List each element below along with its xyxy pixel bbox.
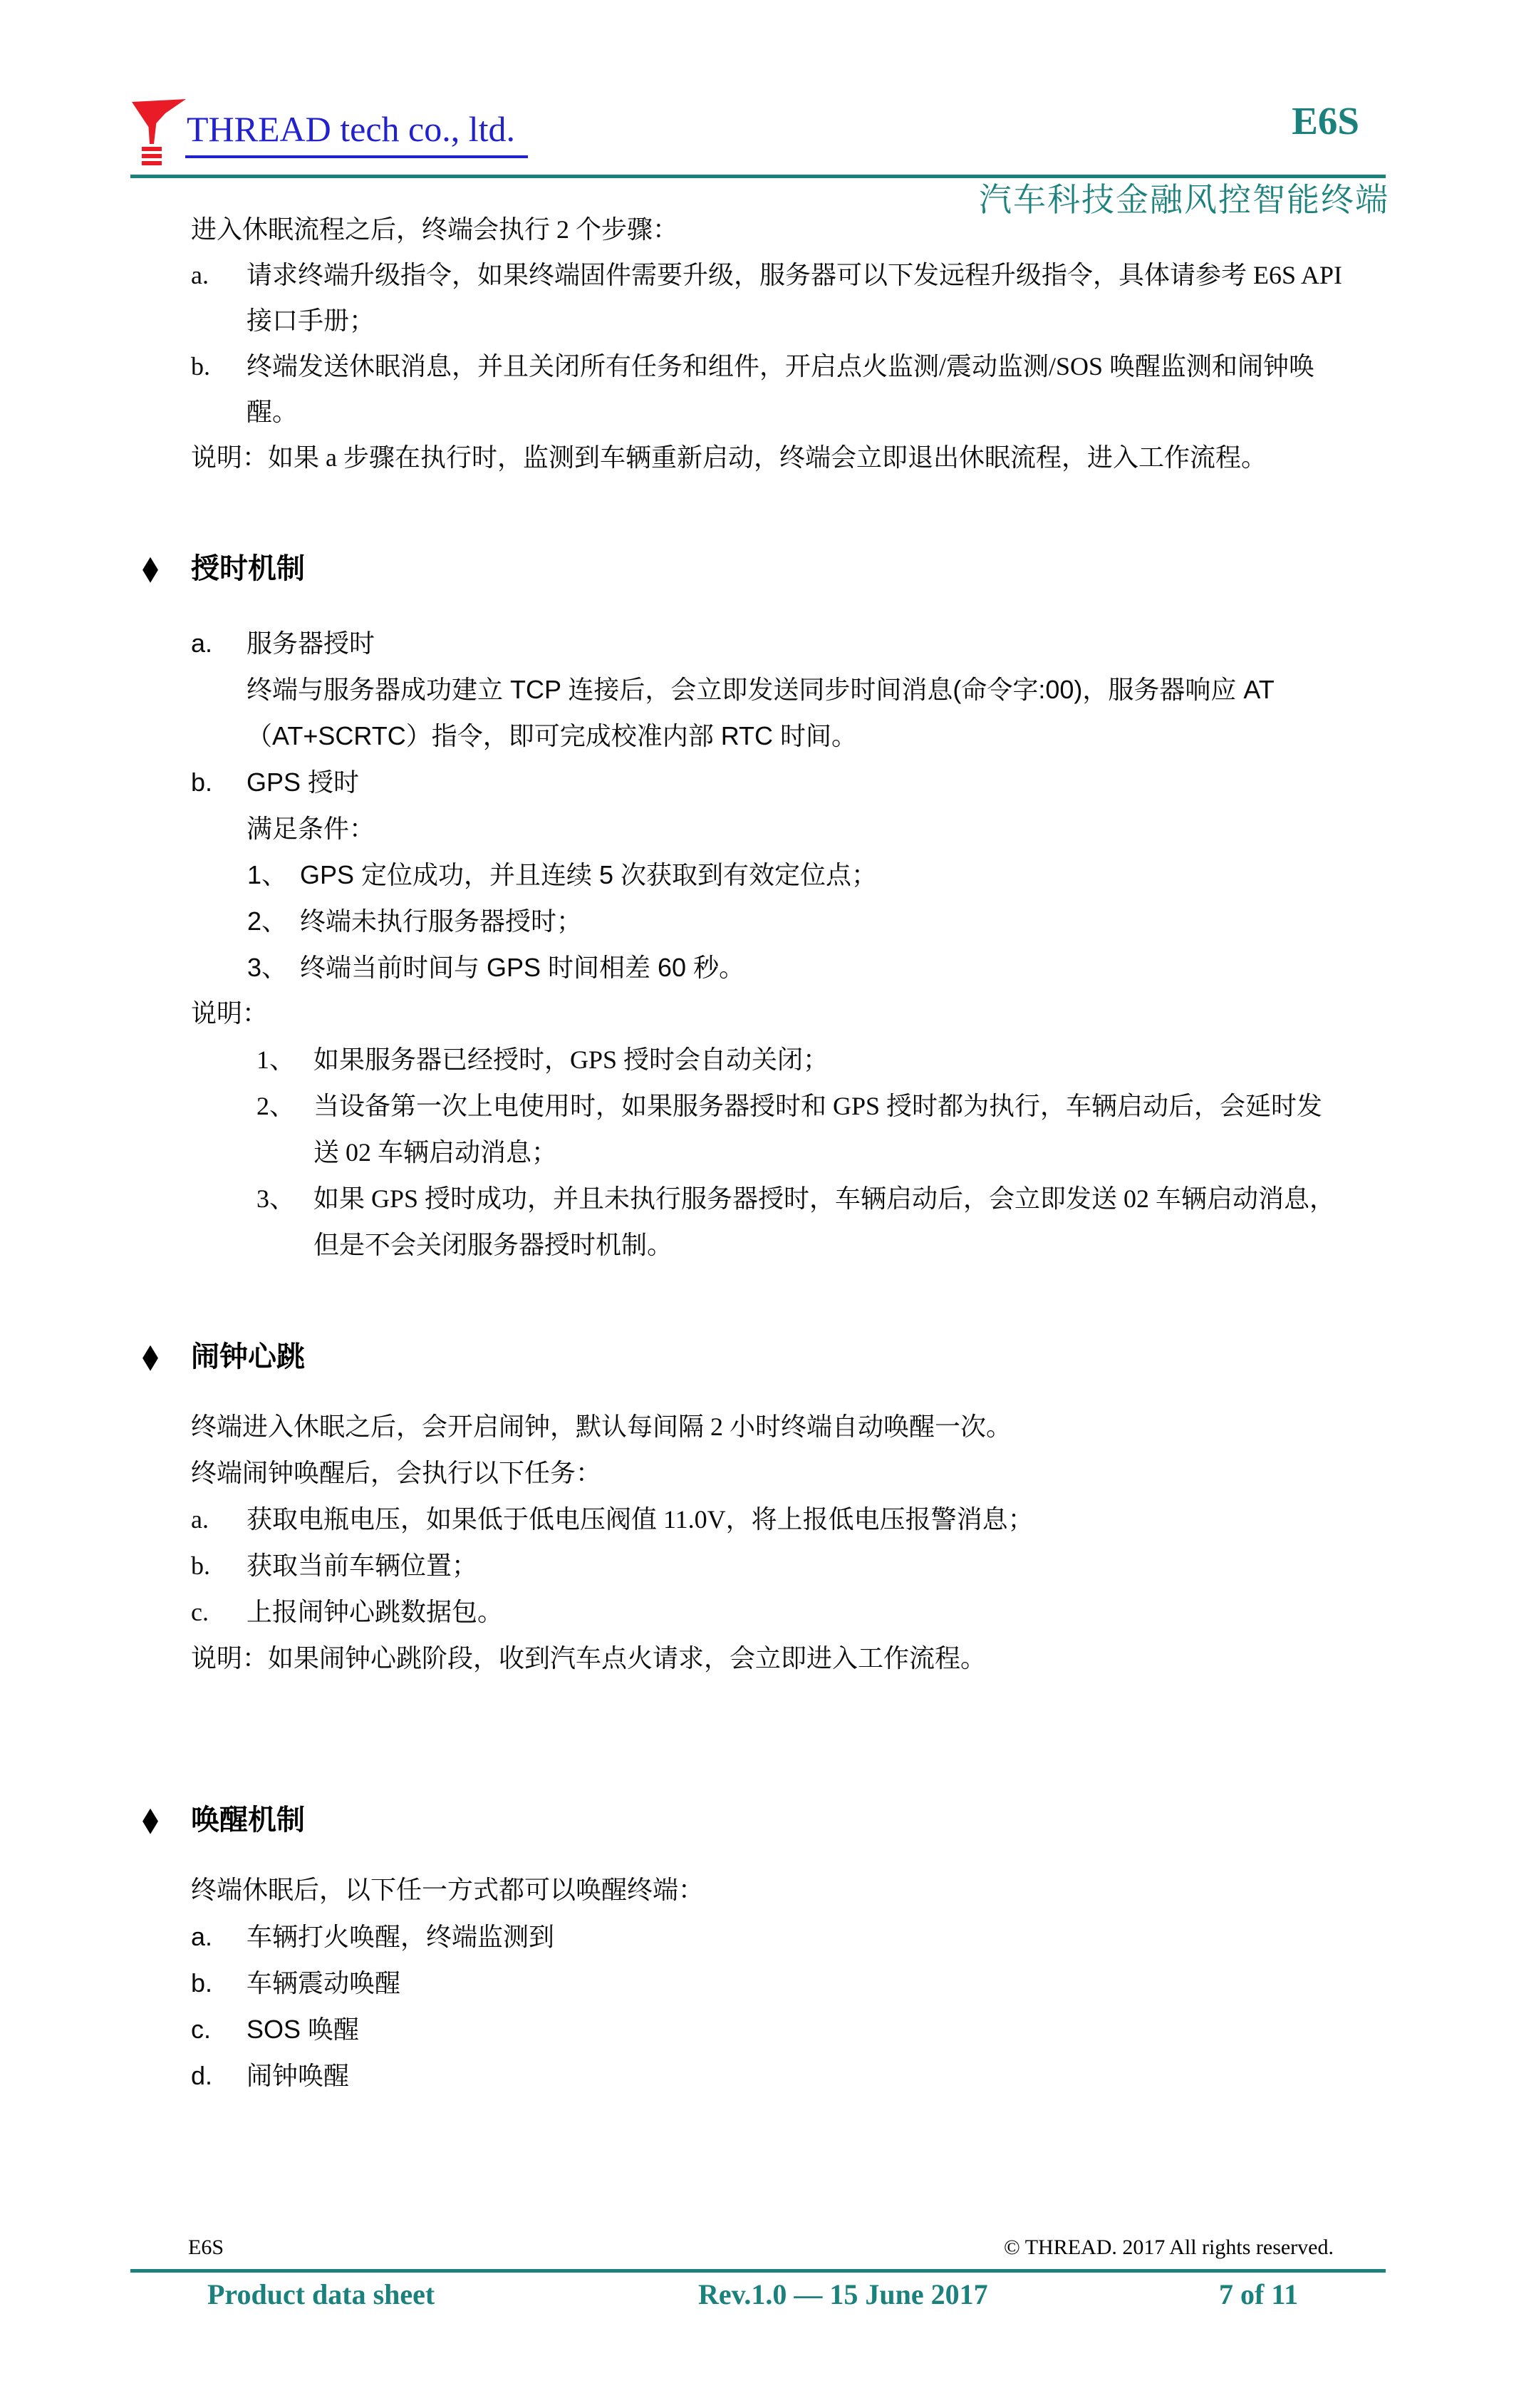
footer-page-indicator: 7 of 11: [1219, 2278, 1298, 2312]
doc-line: c.上报闹钟心跳数据包。: [191, 1589, 1034, 1636]
doc-line: 终端闹钟唤醒后，会执行以下任务：: [191, 1450, 1034, 1497]
doc-line: a.车辆打火唤醒，终端监测到: [191, 1913, 704, 1960]
line-text: 但是不会关闭服务器授时机制。: [313, 1231, 673, 1259]
line-text: 终端未执行服务器授时；: [300, 906, 582, 936]
line-text: 如果服务器已经授时，GPS 授时会自动关闭；: [313, 1045, 829, 1074]
line-text: 终端进入休眠之后，会开启闹钟，默认每间隔 2 小时终端自动唤醒一次。: [191, 1412, 1012, 1441]
line-text: 终端当前时间与 GPS 时间相差 60 秒。: [300, 953, 744, 982]
product-code: E6S: [1292, 100, 1359, 143]
list-marker: d.: [191, 2052, 247, 2099]
line-text: 车辆震动唤醒: [247, 1968, 400, 1998]
document-page: THREAD tech co., ltd. E6S 汽车科技金融风控智能终端 进…: [0, 0, 1536, 2408]
line-text: 醒。: [247, 398, 298, 426]
line-text: SOS 唤醒: [247, 2015, 359, 2044]
list-marker: b.: [191, 1960, 247, 2006]
line-text: 终端与服务器成功建立 TCP 连接后，会立即发送同步时间消息(命令字:00)，服…: [247, 675, 1275, 704]
footer-revision: Rev.1.0 — 15 June 2017: [698, 2278, 988, 2312]
line-text: 上报闹钟心跳数据包。: [247, 1598, 503, 1626]
section-title: 唤醒机制: [191, 1804, 305, 1836]
section-wakeup-body: 终端休眠后，以下任一方式都可以唤醒终端： a.车辆打火唤醒，终端监测到 b.车辆…: [191, 1867, 704, 2099]
line-text: 如果 GPS 授时成功，并且未执行服务器授时，车辆启动后，会立即发送 02 车辆…: [313, 1184, 1335, 1213]
doc-line: 2、终端未执行服务器授时；: [191, 898, 1335, 944]
doc-line: a.请求终端升级指令，如果终端固件需要升级，服务器可以下发远程升级指令，具体请参…: [191, 252, 1342, 298]
doc-line: b.车辆震动唤醒: [191, 1960, 704, 2006]
list-marker: 1、: [256, 1037, 313, 1083]
line-text: 说明：如果 a 步骤在执行时，监测到车辆重新启动，终端会立即退出休眠流程，进入工…: [191, 443, 1267, 472]
line-text: 终端休眠后，以下任一方式都可以唤醒终端：: [191, 1876, 704, 1904]
section-heading-wakeup: ◆唤醒机制: [142, 1797, 305, 1844]
list-marker: c.: [191, 1589, 247, 1636]
line-text: 说明：: [191, 999, 268, 1028]
diamond-bullet-icon: ◆: [142, 541, 177, 596]
doc-line: a.服务器授时: [191, 620, 1335, 666]
doc-line: 3、如果 GPS 授时成功，并且未执行服务器授时，车辆启动后，会立即发送 02 …: [191, 1176, 1335, 1222]
doc-line: d.闹钟唤醒: [191, 2052, 704, 2099]
doc-line: 进入休眠流程之后，终端会执行 2 个步骤：: [191, 207, 1342, 252]
doc-line: b.终端发送休眠消息，并且关闭所有任务和组件，开启点火监测/震动监测/SOS 唤…: [191, 343, 1342, 389]
doc-line: 说明：: [191, 991, 1335, 1037]
list-marker: 2、: [256, 1083, 313, 1130]
doc-line: 说明：如果 a 步骤在执行时，监测到车辆重新启动，终端会立即退出休眠流程，进入工…: [191, 435, 1342, 480]
doc-line: 1、GPS 定位成功，并且连续 5 次获取到有效定位点；: [191, 852, 1335, 898]
list-marker: c.: [191, 2006, 247, 2052]
list-marker: b.: [191, 343, 247, 389]
doc-line: 1、如果服务器已经授时，GPS 授时会自动关闭；: [191, 1037, 1335, 1083]
doc-line: c.SOS 唤醒: [191, 2006, 704, 2052]
line-text: 接口手册；: [247, 306, 375, 335]
doc-line: 终端进入休眠之后，会开启闹钟，默认每间隔 2 小时终端自动唤醒一次。: [191, 1404, 1034, 1450]
list-marker: b.: [191, 1543, 247, 1589]
intro-block: 进入休眠流程之后，终端会执行 2 个步骤： a.请求终端升级指令，如果终端固件需…: [191, 207, 1342, 480]
list-marker: a.: [191, 252, 247, 298]
footer-copyright: © THREAD. 2017 All rights reserved.: [1004, 2235, 1334, 2260]
diamond-bullet-icon: ◆: [142, 1329, 177, 1384]
list-marker: b.: [191, 759, 247, 805]
doc-line: 接口手册；: [191, 298, 1342, 343]
line-text: 车辆打火唤醒，终端监测到: [247, 1922, 554, 1951]
diamond-bullet-icon: ◆: [142, 1792, 177, 1847]
line-text: 终端发送休眠消息，并且关闭所有任务和组件，开启点火监测/震动监测/SOS 唤醒监…: [247, 352, 1314, 381]
doc-line: 醒。: [191, 389, 1342, 435]
doc-line: 终端休眠后，以下任一方式都可以唤醒终端：: [191, 1867, 704, 1913]
section-heading-alarm-heartbeat: ◆闹钟心跳: [142, 1334, 305, 1380]
line-text: 当设备第一次上电使用时，如果服务器授时和 GPS 授时都为执行，车辆启动后，会延…: [313, 1092, 1322, 1120]
doc-line: 但是不会关闭服务器授时机制。: [191, 1222, 1335, 1268]
doc-line: 终端与服务器成功建立 TCP 连接后，会立即发送同步时间消息(命令字:00)，服…: [191, 666, 1335, 713]
list-marker: 3、: [247, 944, 300, 991]
doc-line: 满足条件：: [191, 805, 1335, 852]
line-text: 闹钟唤醒: [247, 2061, 349, 2090]
list-marker: a.: [191, 1497, 247, 1543]
footer-divider: [130, 2269, 1386, 2273]
footer-doc-type: Product data sheet: [207, 2278, 435, 2312]
line-text: 说明：如果闹钟心跳阶段，收到汽车点火请求，会立即进入工作流程。: [191, 1644, 986, 1673]
list-marker: a.: [191, 1913, 247, 1960]
line-text: 获取当前车辆位置；: [247, 1551, 477, 1580]
company-name: THREAD tech co., ltd.: [185, 107, 528, 158]
list-marker: 2、: [247, 898, 300, 944]
list-marker: 3、: [256, 1176, 313, 1222]
doc-line: 3、终端当前时间与 GPS 时间相差 60 秒。: [191, 944, 1335, 991]
section-timing-body: a.服务器授时 终端与服务器成功建立 TCP 连接后，会立即发送同步时间消息(命…: [191, 620, 1335, 1268]
section-alarm-heartbeat-body: 终端进入休眠之后，会开启闹钟，默认每间隔 2 小时终端自动唤醒一次。 终端闹钟唤…: [191, 1404, 1034, 1682]
line-text: 请求终端升级指令，如果终端固件需要升级，服务器可以下发远程升级指令，具体请参考 …: [247, 261, 1342, 289]
doc-line: b.获取当前车辆位置；: [191, 1543, 1034, 1589]
doc-line: 说明：如果闹钟心跳阶段，收到汽车点火请求，会立即进入工作流程。: [191, 1636, 1034, 1682]
list-marker: a.: [191, 620, 247, 666]
line-text: 进入休眠流程之后，终端会执行 2 个步骤：: [191, 215, 678, 244]
line-text: 获取电瓶电压，如果低于低电压阀值 11.0V，将上报低电压报警消息；: [247, 1505, 1034, 1534]
line-text: 终端闹钟唤醒后，会执行以下任务：: [191, 1459, 601, 1487]
thread-logo-icon: [132, 98, 187, 165]
line-text: 满足条件：: [247, 814, 375, 843]
header-divider: [130, 175, 1386, 178]
doc-line: 2、当设备第一次上电使用时，如果服务器授时和 GPS 授时都为执行，车辆启动后，…: [191, 1083, 1335, 1130]
line-text: GPS 授时: [247, 768, 359, 797]
list-marker: 1、: [247, 852, 300, 898]
line-text: GPS 定位成功，并且连续 5 次获取到有效定位点；: [300, 860, 877, 889]
section-title: 闹钟心跳: [191, 1341, 305, 1373]
doc-line: a.获取电瓶电压，如果低于低电压阀值 11.0V，将上报低电压报警消息；: [191, 1497, 1034, 1543]
footer-doc-code: E6S: [188, 2235, 224, 2260]
doc-line: 送 02 车辆启动消息；: [191, 1130, 1335, 1176]
line-text: 送 02 车辆启动消息；: [313, 1138, 557, 1167]
section-title: 授时机制: [191, 553, 305, 584]
line-text: 服务器授时: [247, 629, 375, 658]
doc-line: （AT+SCRTC）指令，即可完成校准内部 RTC 时间。: [191, 713, 1335, 759]
section-heading-timing: ◆授时机制: [142, 546, 305, 592]
doc-line: b.GPS 授时: [191, 759, 1335, 805]
line-text: （AT+SCRTC）指令，即可完成校准内部 RTC 时间。: [247, 721, 857, 750]
